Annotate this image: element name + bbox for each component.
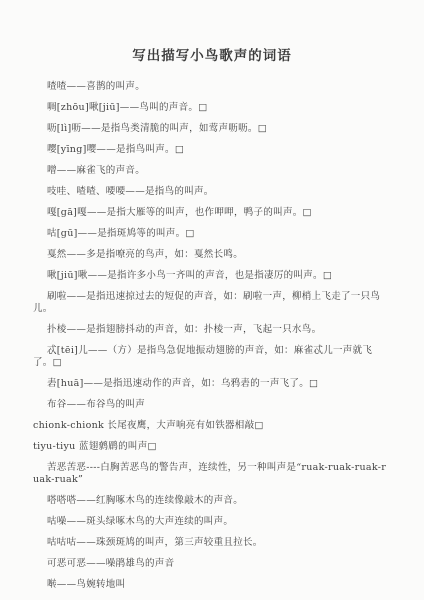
- entry-line: 砉[huā]——是指迅速动作的声音，如：乌鸦砉的一声飞了。□: [33, 378, 391, 390]
- entry-line: chionk-chionk 长尾夜鹰，大声响亮有如铁器相敲□: [33, 420, 391, 432]
- entry-line: 嘤[yīng]嘤——是指鸟叫声。□: [33, 144, 391, 156]
- entry-line: 可恶可恶——噪鹃雄鸟的声音: [33, 558, 391, 570]
- page-title: 写出描写小鸟歌声的词语: [33, 44, 391, 64]
- entry-line: 咕噪——斑头绿啄木鸟的大声连续的叫声。: [33, 516, 391, 528]
- entry-line: 咕[gū]——是指斑鸠等的叫声。□: [33, 228, 391, 240]
- entry-line: 苦恶苦恶----白胸苦恶鸟的警告声，连续性，另一种叫声是“ruak-ruak-r…: [33, 462, 391, 486]
- entry-line: 噌——麻雀飞的声音。: [33, 165, 391, 177]
- entry-line: tiyu-tiyu 蓝翅鹩鹛的叫声□: [33, 441, 391, 453]
- entry-line: 喳喳——喜鹊的叫声。: [33, 81, 391, 93]
- document-page: 写出描写小鸟歌声的词语 喳喳——喜鹊的叫声。啁[zhōu]啾[jiū]——鸟叫的…: [0, 0, 424, 600]
- entry-line: 忒[tēi]儿——（方）是指鸟急促地振动翅膀的声音，如：麻雀忒儿一声就飞了。□: [33, 345, 391, 369]
- entry-line: 啁[zhōu]啾[jiū]——鸟叫的声音。□: [33, 102, 391, 114]
- entry-line: 戛然——多是指嘹亮的鸟声，如：戛然长鸣。: [33, 249, 391, 261]
- entry-line: 布谷——布谷鸟的叫声: [33, 399, 391, 411]
- entry-line: 啭——鸟婉转地叫: [33, 579, 391, 591]
- entry-line: 咕咕咕——珠颈斑鸠的叫声，第三声较重且拉长。: [33, 537, 391, 549]
- entry-line: 扑棱——是指翅膀抖动的声音，如：扑棱一声，飞起一只水鸟。: [33, 324, 391, 336]
- entry-list: 喳喳——喜鹊的叫声。啁[zhōu]啾[jiū]——鸟叫的声音。□呖[lì]呖——…: [33, 81, 391, 591]
- entry-line: 呖[lì]呖——是指鸟类清脆的叫声，如莺声呖呖。□: [33, 123, 391, 135]
- entry-line: 刷啦——是指迅速掠过去的短促的声音，如：刷啦一声，柳梢上飞走了一只鸟儿。: [33, 291, 391, 315]
- entry-line: 吱哇、喳喳、喓喓——是指鸟的叫声。: [33, 186, 391, 198]
- entry-line: 嘎[gā]嘎——是指大雁等的叫声，也作呷呷，鸭子的叫声。□: [33, 207, 391, 219]
- entry-line: 啾[jiū]啾——是指许多小鸟一齐叫的声音，也是指凄厉的叫声。□: [33, 270, 391, 282]
- entry-line: 嗒嗒嗒——红胸啄木鸟的连续像敲木的声音。: [33, 495, 391, 507]
